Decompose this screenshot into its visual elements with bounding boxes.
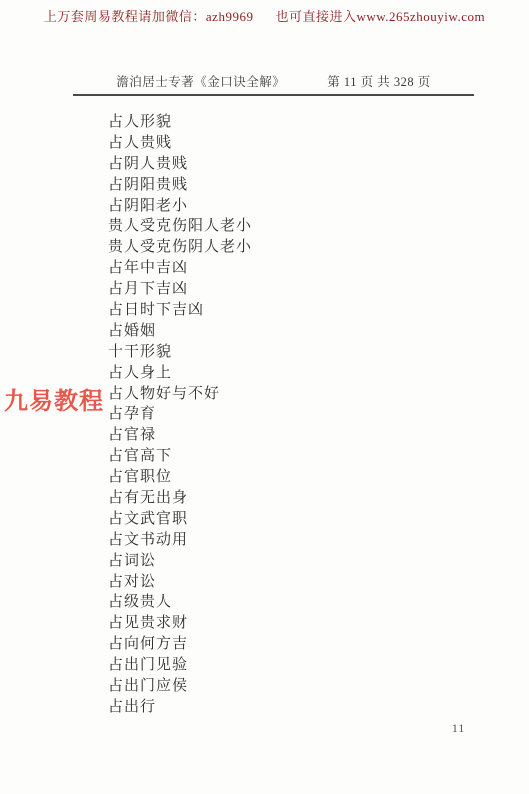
toc-item: 占出门见验 bbox=[108, 655, 252, 676]
toc-list: 占人形貌占人贵贱占阴人贵贱占阴阳贵贱占阴阳老小贵人受克伤阳人老小贵人受克伤阴人老… bbox=[108, 112, 252, 718]
toc-item: 占人贵贱 bbox=[108, 133, 252, 154]
page-header: 澹泊居士专著《金口诀全解》 第 11 页 共 328 页 bbox=[73, 72, 474, 90]
scanned-document-page: 上万套周易教程请加微信：azh9969 也可直接进入www.265zhouyiw… bbox=[0, 0, 529, 794]
toc-item: 占日时下吉凶 bbox=[108, 300, 252, 321]
toc-item: 占阴阳贵贱 bbox=[108, 175, 252, 196]
toc-item: 占文书动用 bbox=[108, 530, 252, 551]
toc-item: 占年中吉凶 bbox=[108, 258, 252, 279]
toc-item: 占阴人贵贱 bbox=[108, 154, 252, 175]
toc-item: 占官高下 bbox=[108, 446, 252, 467]
toc-item: 占有无出身 bbox=[108, 488, 252, 509]
header-divider bbox=[73, 94, 474, 96]
toc-item: 占对讼 bbox=[108, 572, 252, 593]
promo-banner-url-text: 也可直接进入www.265zhouyiw.com bbox=[275, 6, 485, 25]
toc-item: 占孕育 bbox=[108, 404, 252, 425]
toc-item: 占官职位 bbox=[108, 467, 252, 488]
toc-item: 占人物好与不好 bbox=[108, 384, 252, 405]
toc-item: 占出门应侯 bbox=[108, 676, 252, 697]
promo-banner: 上万套周易教程请加微信：azh9969 也可直接进入www.265zhouyiw… bbox=[0, 6, 529, 25]
toc-item: 占文武官职 bbox=[108, 509, 252, 530]
toc-item: 占阴阳老小 bbox=[108, 196, 252, 217]
toc-item: 占月下吉凶 bbox=[108, 279, 252, 300]
toc-item: 贵人受克伤阳人老小 bbox=[108, 216, 252, 237]
toc-item: 占级贵人 bbox=[108, 592, 252, 613]
page-number: 11 bbox=[452, 723, 465, 735]
toc-item: 占人形貌 bbox=[108, 112, 252, 133]
toc-item: 占人身上 bbox=[108, 363, 252, 384]
toc-item: 贵人受克伤阴人老小 bbox=[108, 237, 252, 258]
toc-item: 占官禄 bbox=[108, 425, 252, 446]
page-indicator: 第 11 页 共 328 页 bbox=[327, 72, 430, 90]
toc-item: 占词讼 bbox=[108, 551, 252, 572]
toc-item: 占见贵求财 bbox=[108, 613, 252, 634]
toc-item: 十干形貌 bbox=[108, 342, 252, 363]
toc-item: 占向何方吉 bbox=[108, 634, 252, 655]
book-title: 澹泊居士专著《金口诀全解》 bbox=[116, 72, 285, 90]
watermark: 九易教程 bbox=[4, 381, 104, 416]
promo-banner-wechat-text: 上万套周易教程请加微信：azh9969 bbox=[44, 6, 254, 25]
toc-item: 占婚姻 bbox=[108, 321, 252, 342]
toc-item: 占出行 bbox=[108, 697, 252, 718]
